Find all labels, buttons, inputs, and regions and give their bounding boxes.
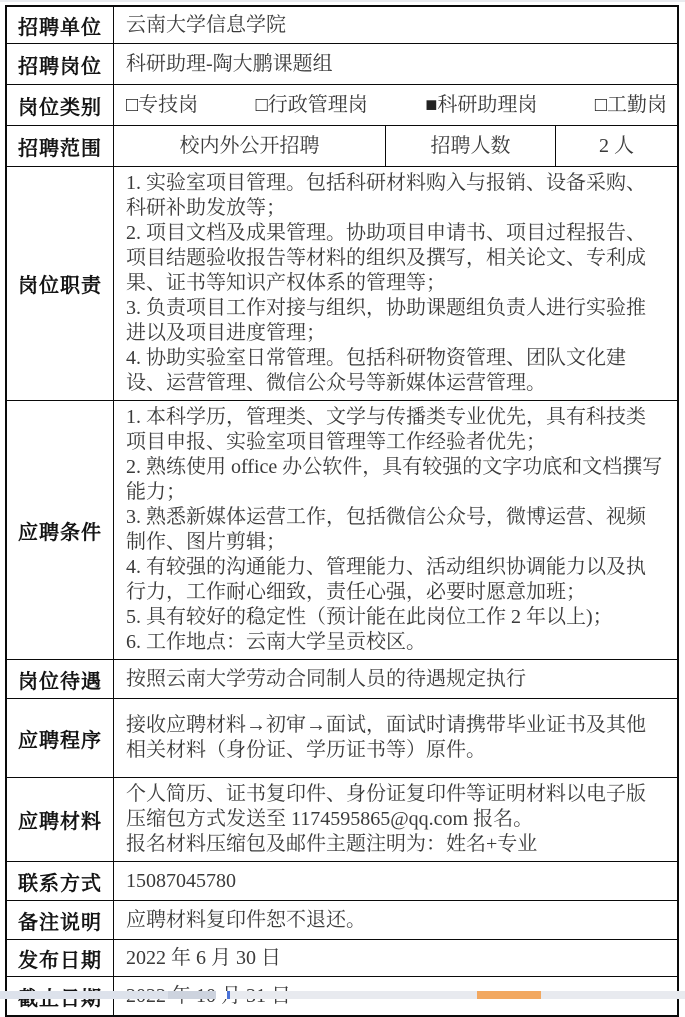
- contact-phone-value: 15087045780: [114, 862, 677, 900]
- row-label: 招聘岗位: [7, 44, 114, 84]
- category-option-label: 科研助理岗: [437, 94, 537, 116]
- application-materials-text: 个人简历、证书复印件、身份证复印件等证明材料以电子版压缩包方式发送至 11745…: [114, 778, 677, 861]
- duty-item: 3. 负责项目工作对接与组织，协助课题组负责人进行实验推进以及项目进度管理；: [126, 296, 665, 346]
- category-option-label: 工勤岗: [607, 94, 667, 116]
- position-title-value: 科研助理-陶大鹏课题组: [114, 44, 677, 84]
- duty-item: 1. 实验室项目管理。包括科研材料购入与报销、设备采购、科研补助发放等；: [126, 171, 665, 221]
- row-procedure: 应聘程序 接收应聘材料→初审→面试，面试时请携带毕业证书及其他相关材料（身份证、…: [7, 698, 677, 777]
- requirement-item: 4. 有较强的沟通能力、管理能力、活动组织协调能力以及执行力，工作耐心细致，责任…: [126, 555, 665, 605]
- remarks-value: 应聘材料复印件恕不退还。: [114, 901, 677, 939]
- row-label: 应聘条件: [7, 401, 114, 659]
- category-option-xingzheng: □行政管理岗: [256, 93, 368, 118]
- procedure-value: 接收应聘材料→初审→面试，面试时请携带毕业证书及其他相关材料（身份证、学历证书等…: [114, 699, 677, 777]
- duty-item: 4. 协助实验室日常管理。包括科研物资管理、团队文化建设、运营管理、微信公众号等…: [126, 346, 665, 396]
- row-label: 招聘范围: [7, 126, 114, 166]
- category-option-gongqin: □工勤岗: [595, 93, 667, 118]
- row-label: 应聘程序: [7, 699, 114, 777]
- row-label: 招聘单位: [7, 7, 114, 43]
- page-bottom-strip: [0, 991, 685, 999]
- bottom-strip-segment: [230, 991, 477, 999]
- row-recruitment-scope: 招聘范围 校内外公开招聘 招聘人数 2 人: [7, 125, 677, 166]
- bottom-strip-segment: [216, 991, 227, 999]
- category-option-label: 行政管理岗: [268, 94, 368, 116]
- row-publish-date: 发布日期 2022 年 6 月 30 日: [7, 939, 677, 976]
- row-position-category: 岗位类别 □专技岗 □行政管理岗 ■科研助理岗 □工勤岗: [7, 84, 677, 125]
- row-application-materials: 应聘材料 个人简历、证书复印件、身份证复印件等证明材料以电子版压缩包方式发送至 …: [7, 777, 677, 861]
- salary-value: 按照云南大学劳动合同制人员的待遇规定执行: [114, 660, 677, 698]
- bottom-strip-orange-segment: [477, 991, 541, 999]
- requirement-item: 5. 具有较好的稳定性（预计能在此岗位工作 2 年以上)；: [126, 605, 665, 630]
- row-label: 联系方式: [7, 862, 114, 900]
- recruitment-table: 招聘单位 云南大学信息学院 招聘岗位 科研助理-陶大鹏课题组 岗位类别 □专技岗…: [5, 5, 679, 999]
- scope-value: 校内外公开招聘: [114, 126, 385, 166]
- category-option-zhuanji: □专技岗: [126, 93, 198, 118]
- row-label: 发布日期: [7, 940, 114, 976]
- checkbox-unchecked-icon: □: [256, 94, 268, 116]
- duties-text: 1. 实验室项目管理。包括科研材料购入与报销、设备采购、科研补助发放等； 2. …: [114, 167, 677, 400]
- headcount-value: 2 人: [555, 126, 677, 166]
- row-label: 备注说明: [7, 901, 114, 939]
- row-remarks: 备注说明 应聘材料复印件恕不退还。: [7, 900, 677, 939]
- row-label: 岗位类别: [7, 85, 114, 125]
- position-category-options: □专技岗 □行政管理岗 ■科研助理岗 □工勤岗: [114, 85, 677, 125]
- materials-line: 报名材料压缩包及邮件主题注明为：姓名+专业: [126, 832, 665, 857]
- headcount-label: 招聘人数: [385, 126, 555, 166]
- row-contact: 联系方式 15087045780: [7, 861, 677, 900]
- recruitment-scope-cells: 校内外公开招聘 招聘人数 2 人: [114, 126, 677, 166]
- row-label: 应聘材料: [7, 778, 114, 861]
- recruiting-unit-value: 云南大学信息学院: [114, 7, 677, 43]
- checkbox-unchecked-icon: □: [126, 94, 138, 116]
- row-label: 岗位职责: [7, 167, 114, 400]
- requirement-item: 1. 本科学历，管理类、文学与传播类专业优先，具有科技类项目申报、实验室项目管理…: [126, 405, 665, 455]
- category-option-label: 专技岗: [138, 94, 198, 116]
- row-salary: 岗位待遇 按照云南大学劳动合同制人员的待遇规定执行: [7, 659, 677, 698]
- publish-date-value: 2022 年 6 月 30 日: [114, 940, 677, 976]
- page-top-strip: [0, 0, 685, 2]
- row-position-title: 招聘岗位 科研助理-陶大鹏课题组: [7, 43, 677, 84]
- bottom-strip-segment: [541, 991, 685, 999]
- requirements-text: 1. 本科学历，管理类、文学与传播类专业优先，具有科技类项目申报、实验室项目管理…: [114, 401, 677, 659]
- checkbox-checked-icon: ■: [425, 94, 437, 116]
- requirement-item: 6. 工作地点：云南大学呈贡校区。: [126, 630, 665, 655]
- row-label: 岗位待遇: [7, 660, 114, 698]
- materials-line: 个人简历、证书复印件、身份证复印件等证明材料以电子版压缩包方式发送至 11745…: [126, 782, 665, 832]
- bottom-strip-segment: [168, 991, 216, 999]
- category-option-keyan-selected: ■科研助理岗: [425, 93, 537, 118]
- duty-item: 2. 项目文档及成果管理。协助项目申请书、项目过程报告、项目结题验收报告等材料的…: [126, 221, 665, 296]
- row-requirements: 应聘条件 1. 本科学历，管理类、文学与传播类专业优先，具有科技类项目申报、实验…: [7, 400, 677, 659]
- bottom-strip-segment: [0, 991, 168, 999]
- requirement-item: 3. 熟悉新媒体运营工作，包括微信公众号，微博运营、视频制作、图片剪辑；: [126, 505, 665, 555]
- requirement-item: 2. 熟练使用 office 办公软件，具有较强的文字功底和文档撰写能力；: [126, 455, 665, 505]
- row-duties: 岗位职责 1. 实验室项目管理。包括科研材料购入与报销、设备采购、科研补助发放等…: [7, 166, 677, 400]
- checkbox-unchecked-icon: □: [595, 94, 607, 116]
- row-recruiting-unit: 招聘单位 云南大学信息学院: [7, 7, 677, 43]
